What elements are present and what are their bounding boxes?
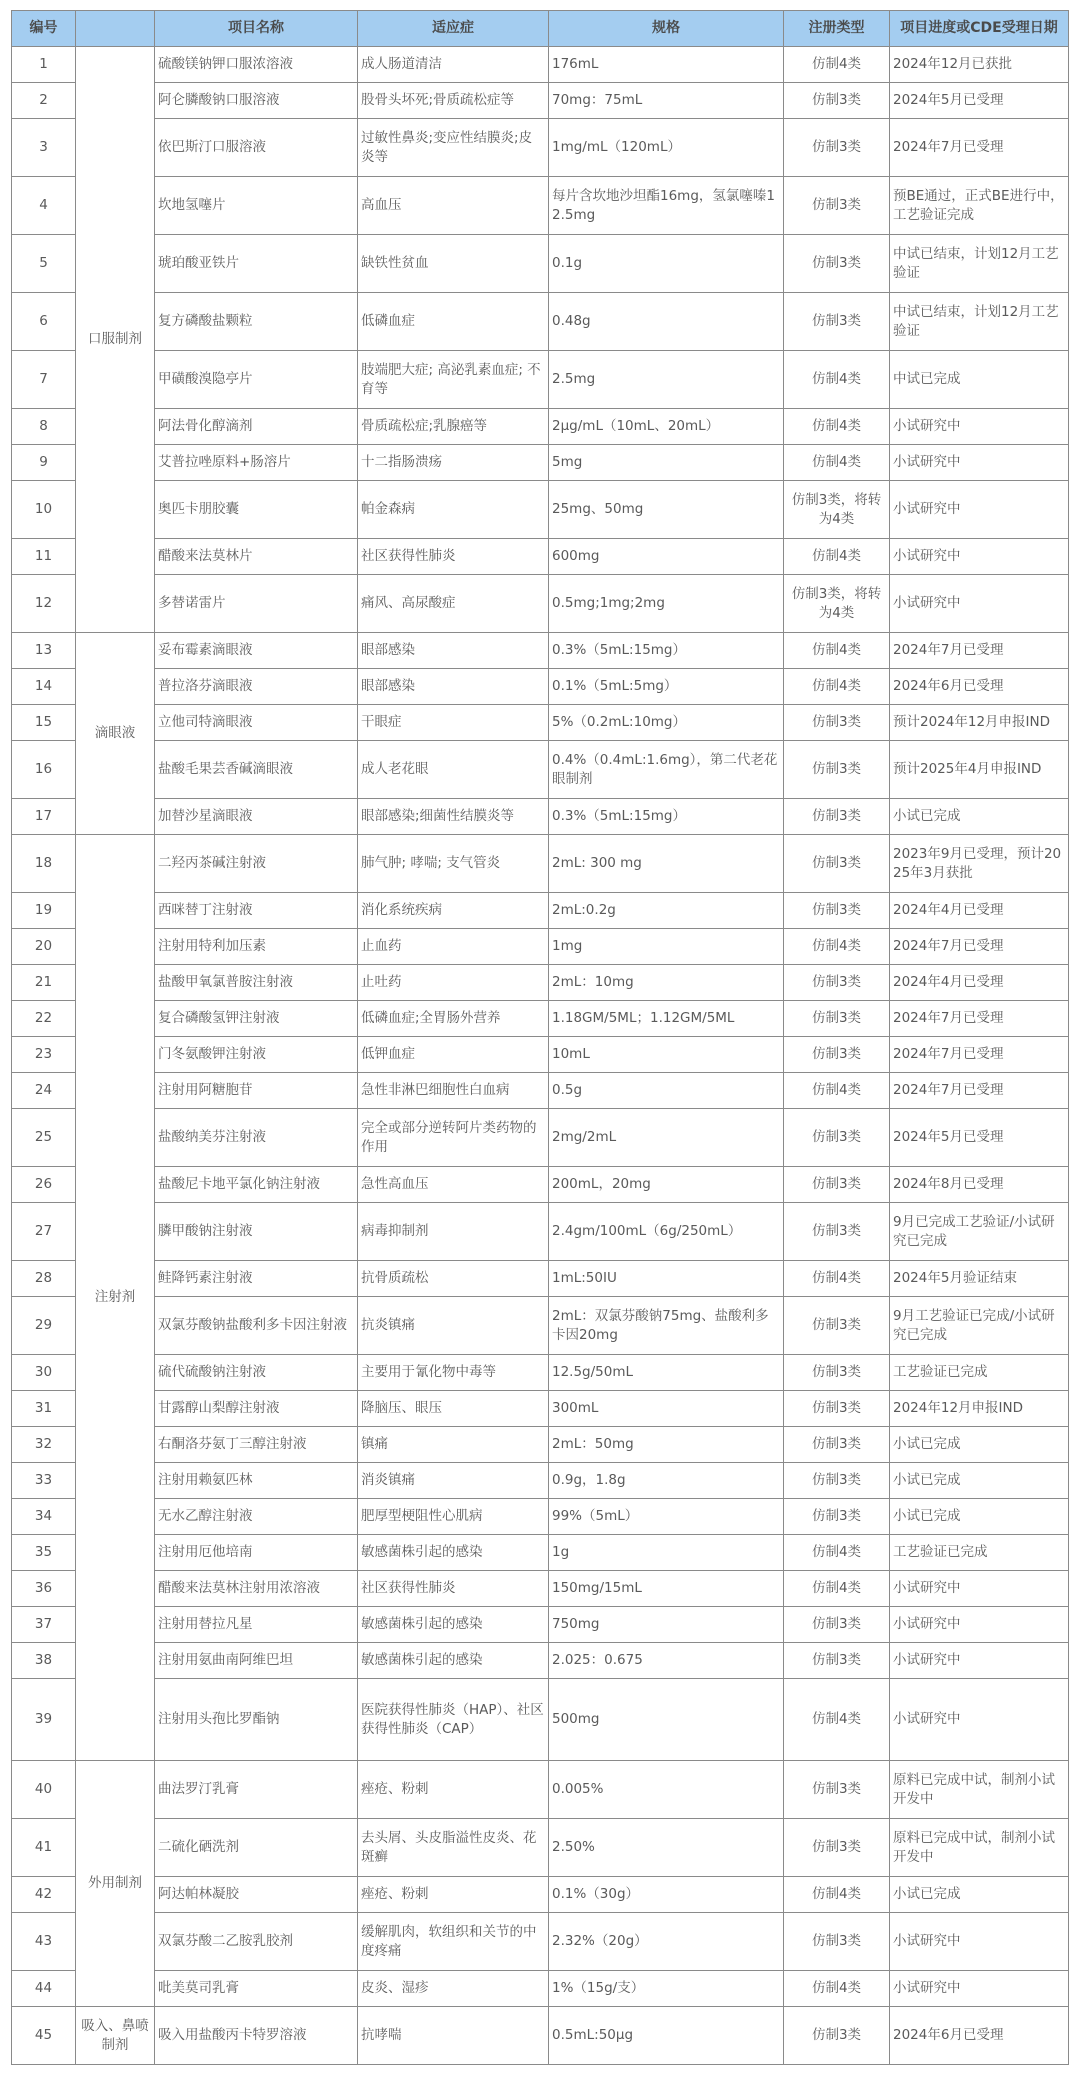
row-number: 25	[12, 1109, 76, 1167]
project-name: 盐酸尼卡地平氯化钠注射液	[155, 1167, 358, 1203]
header-project-name: 项目名称	[155, 11, 358, 47]
row-number: 11	[12, 539, 76, 575]
row-number: 33	[12, 1463, 76, 1499]
indication: 骨质疏松症;乳腺癌等	[358, 409, 549, 445]
progress-status: 2024年6月已受理	[890, 2007, 1069, 2065]
progress-status: 2024年4月已受理	[890, 965, 1069, 1001]
registration-type: 仿制3类	[784, 1203, 890, 1261]
specification: 每片含坎地沙坦酯16mg，氢氯噻嗪12.5mg	[549, 177, 784, 235]
specification: 2.5mg	[549, 351, 784, 409]
registration-type: 仿制4类	[784, 351, 890, 409]
project-name: 注射用特利加压素	[155, 929, 358, 965]
specification: 2mL:0.2g	[549, 893, 784, 929]
registration-type: 仿制3类	[784, 1499, 890, 1535]
specification: 1mg/mL（120mL）	[549, 119, 784, 177]
specification: 0.4%（0.4mL:1.6mg），第二代老花眼制剂	[549, 741, 784, 799]
specification: 600mg	[549, 539, 784, 575]
indication: 主要用于氰化物中毒等	[358, 1355, 549, 1391]
specification: 70mg：75mL	[549, 83, 784, 119]
indication: 止吐药	[358, 965, 549, 1001]
registration-type: 仿制3类	[784, 705, 890, 741]
row-number: 34	[12, 1499, 76, 1535]
project-name: 注射用厄他培南	[155, 1535, 358, 1571]
project-name: 注射用阿糖胞苷	[155, 1073, 358, 1109]
row-number: 7	[12, 351, 76, 409]
registration-type: 仿制4类	[784, 1261, 890, 1297]
indication: 止血药	[358, 929, 549, 965]
indication: 帕金森病	[358, 481, 549, 539]
table-row: 32右酮洛芬氨丁三醇注射液镇痛2mL：50mg仿制3类小试已完成	[12, 1427, 1069, 1463]
progress-status: 2024年5月验证结束	[890, 1261, 1069, 1297]
registration-type: 仿制3类	[784, 2007, 890, 2065]
project-name: 依巴斯汀口服溶液	[155, 119, 358, 177]
row-number: 17	[12, 799, 76, 835]
specification: 5%（0.2mL:10mg）	[549, 705, 784, 741]
registration-type: 仿制3类	[784, 835, 890, 893]
project-name: 加替沙星滴眼液	[155, 799, 358, 835]
specification: 2.025：0.675	[549, 1643, 784, 1679]
table-row: 25盐酸纳美芬注射液完全或部分逆转阿片类药物的作用2mg/2mL仿制3类2024…	[12, 1109, 1069, 1167]
progress-status: 预计2024年12月申报IND	[890, 705, 1069, 741]
indication: 敏感菌株引起的感染	[358, 1535, 549, 1571]
progress-status: 2024年7月已受理	[890, 929, 1069, 965]
indication: 痛风、高尿酸症	[358, 575, 549, 633]
row-number: 29	[12, 1297, 76, 1355]
progress-status: 小试已完成	[890, 799, 1069, 835]
row-number: 24	[12, 1073, 76, 1109]
specification: 0.5g	[549, 1073, 784, 1109]
row-number: 18	[12, 835, 76, 893]
progress-status: 小试已完成	[890, 1463, 1069, 1499]
indication: 抗骨质疏松	[358, 1261, 549, 1297]
specification: 5mg	[549, 445, 784, 481]
progress-status: 2024年5月已受理	[890, 83, 1069, 119]
table-row: 45吸入、鼻喷制剂吸入用盐酸丙卡特罗溶液抗哮喘0.5mL:50μg仿制3类202…	[12, 2007, 1069, 2065]
progress-status: 2024年12月已获批	[890, 47, 1069, 83]
progress-status: 2024年7月已受理	[890, 1037, 1069, 1073]
row-number: 31	[12, 1391, 76, 1427]
table-row: 7甲磺酸溴隐亭片肢端肥大症; 高泌乳素血症; 不育等2.5mg仿制4类中试已完成	[12, 351, 1069, 409]
project-name: 吸入用盐酸丙卡特罗溶液	[155, 2007, 358, 2065]
row-number: 9	[12, 445, 76, 481]
project-name: 复方磷酸盐颗粒	[155, 293, 358, 351]
indication: 肺气肿; 哮喘; 支气管炎	[358, 835, 549, 893]
specification: 1%（15g/支）	[549, 1971, 784, 2007]
registration-type: 仿制3类	[784, 799, 890, 835]
row-number: 26	[12, 1167, 76, 1203]
table-row: 33注射用赖氨匹林消炎镇痛0.9g，1.8g仿制3类小试已完成	[12, 1463, 1069, 1499]
indication: 低钾血症	[358, 1037, 549, 1073]
row-number: 42	[12, 1877, 76, 1913]
row-number: 23	[12, 1037, 76, 1073]
indication: 消炎镇痛	[358, 1463, 549, 1499]
project-name: 盐酸纳美芬注射液	[155, 1109, 358, 1167]
indication: 痤疮、粉刺	[358, 1877, 549, 1913]
indication: 缓解肌肉，软组织和关节的中度疼痛	[358, 1913, 549, 1971]
table-row: 40外用制剂曲法罗汀乳膏痤疮、粉刺0.005%仿制3类原料已完成中试，制剂小试开…	[12, 1761, 1069, 1819]
indication: 急性非淋巴细胞性白血病	[358, 1073, 549, 1109]
specification: 500mg	[549, 1679, 784, 1761]
specification: 1mL:50IU	[549, 1261, 784, 1297]
registration-type: 仿制4类	[784, 47, 890, 83]
table-row: 20注射用特利加压素止血药1mg仿制4类2024年7月已受理	[12, 929, 1069, 965]
row-number: 37	[12, 1607, 76, 1643]
progress-status: 2023年9月已受理，预计2025年3月获批	[890, 835, 1069, 893]
project-name: 复合磷酸氢钾注射液	[155, 1001, 358, 1037]
progress-status: 2024年7月已受理	[890, 119, 1069, 177]
table-row: 4坎地氢噻片高血压每片含坎地沙坦酯16mg，氢氯噻嗪12.5mg仿制3类预BE通…	[12, 177, 1069, 235]
specification: 150mg/15mL	[549, 1571, 784, 1607]
specification: 2mL：10mg	[549, 965, 784, 1001]
registration-type: 仿制3类	[784, 293, 890, 351]
indication: 医院获得性肺炎（HAP）、社区获得性肺炎（CAP）	[358, 1679, 549, 1761]
registration-type: 仿制3类	[784, 177, 890, 235]
header-category	[76, 11, 155, 47]
table-row: 15立他司特滴眼液干眼症5%（0.2mL:10mg）仿制3类预计2024年12月…	[12, 705, 1069, 741]
table-row: 21盐酸甲氧氯普胺注射液止吐药2mL：10mg仿制3类2024年4月已受理	[12, 965, 1069, 1001]
specification: 99%（5mL）	[549, 1499, 784, 1535]
registration-type: 仿制3类	[784, 1355, 890, 1391]
progress-status: 2024年7月已受理	[890, 1073, 1069, 1109]
specification: 25mg、50mg	[549, 481, 784, 539]
table-row: 29双氯芬酸钠盐酸利多卡因注射液抗炎镇痛2mL：双氯芬酸钠75mg、盐酸利多卡因…	[12, 1297, 1069, 1355]
table-row: 10奥匹卡朋胶囊帕金森病25mg、50mg仿制3类，将转为4类小试研究中	[12, 481, 1069, 539]
registration-type: 仿制3类	[784, 1819, 890, 1877]
specification: 300mL	[549, 1391, 784, 1427]
row-number: 12	[12, 575, 76, 633]
registration-type: 仿制4类	[784, 633, 890, 669]
project-name: 阿达帕林凝胶	[155, 1877, 358, 1913]
specification: 2mL：50mg	[549, 1427, 784, 1463]
specification: 2mL: 300 mg	[549, 835, 784, 893]
category-cell: 口服制剂	[76, 47, 155, 633]
row-number: 3	[12, 119, 76, 177]
row-number: 35	[12, 1535, 76, 1571]
project-name: 普拉洛芬滴眼液	[155, 669, 358, 705]
registration-type: 仿制4类	[784, 1571, 890, 1607]
indication: 社区获得性肺炎	[358, 539, 549, 575]
table-row: 34无水乙醇注射液肥厚型梗阻性心肌病99%（5mL）仿制3类小试已完成	[12, 1499, 1069, 1535]
registration-type: 仿制4类	[784, 1535, 890, 1571]
registration-type: 仿制4类	[784, 1679, 890, 1761]
project-name: 盐酸毛果芸香碱滴眼液	[155, 741, 358, 799]
progress-status: 工艺验证已完成	[890, 1535, 1069, 1571]
row-number: 40	[12, 1761, 76, 1819]
specification: 0.48g	[549, 293, 784, 351]
row-number: 15	[12, 705, 76, 741]
indication: 过敏性鼻炎;变应性结膜炎;皮炎等	[358, 119, 549, 177]
specification: 0.9g，1.8g	[549, 1463, 784, 1499]
specification: 2.32%（20g）	[549, 1913, 784, 1971]
registration-type: 仿制3类	[784, 1607, 890, 1643]
progress-status: 9月已完成工艺验证/小试研究已完成	[890, 1203, 1069, 1261]
table-row: 26盐酸尼卡地平氯化钠注射液急性高血压200mL，20mg仿制3类2024年8月…	[12, 1167, 1069, 1203]
specification: 750mg	[549, 1607, 784, 1643]
project-name: 甘露醇山梨醇注射液	[155, 1391, 358, 1427]
indication: 成人肠道清洁	[358, 47, 549, 83]
registration-type: 仿制4类	[784, 1073, 890, 1109]
table-row: 1口服制剂硫酸镁钠钾口服浓溶液成人肠道清洁176mL仿制4类2024年12月已获…	[12, 47, 1069, 83]
indication: 完全或部分逆转阿片类药物的作用	[358, 1109, 549, 1167]
table-row: 16盐酸毛果芸香碱滴眼液成人老花眼0.4%（0.4mL:1.6mg），第二代老花…	[12, 741, 1069, 799]
row-number: 6	[12, 293, 76, 351]
progress-status: 小试研究中	[890, 1571, 1069, 1607]
indication: 敏感菌株引起的感染	[358, 1607, 549, 1643]
specification: 176mL	[549, 47, 784, 83]
project-name: 琥珀酸亚铁片	[155, 235, 358, 293]
specification: 200mL，20mg	[549, 1167, 784, 1203]
row-number: 20	[12, 929, 76, 965]
indication: 病毒抑制剂	[358, 1203, 549, 1261]
indication: 成人老花眼	[358, 741, 549, 799]
registration-type: 仿制4类	[784, 1877, 890, 1913]
progress-status: 2024年7月已受理	[890, 633, 1069, 669]
specification: 2.50%	[549, 1819, 784, 1877]
registration-type: 仿制3类，将转为4类	[784, 575, 890, 633]
header-specification: 规格	[549, 11, 784, 47]
indication: 眼部感染	[358, 633, 549, 669]
registration-type: 仿制3类	[784, 1167, 890, 1203]
row-number: 36	[12, 1571, 76, 1607]
indication: 肥厚型梗阻性心肌病	[358, 1499, 549, 1535]
registration-type: 仿制3类	[784, 1391, 890, 1427]
specification: 0.5mL:50μg	[549, 2007, 784, 2065]
project-name: 妥布霉素滴眼液	[155, 633, 358, 669]
progress-status: 小试研究中	[890, 409, 1069, 445]
progress-status: 小试研究中	[890, 1607, 1069, 1643]
specification: 0.1%（30g）	[549, 1877, 784, 1913]
row-number: 14	[12, 669, 76, 705]
registration-type: 仿制4类	[784, 669, 890, 705]
indication: 抗哮喘	[358, 2007, 549, 2065]
project-name: 醋酸来法莫林注射用浓溶液	[155, 1571, 358, 1607]
progress-status: 工艺验证已完成	[890, 1355, 1069, 1391]
table-row: 2阿仑膦酸钠口服溶液股骨头坏死;骨质疏松症等70mg：75mL仿制3类2024年…	[12, 83, 1069, 119]
indication: 社区获得性肺炎	[358, 1571, 549, 1607]
table-row: 30硫代硫酸钠注射液主要用于氰化物中毒等12.5g/50mL仿制3类工艺验证已完…	[12, 1355, 1069, 1391]
progress-status: 2024年5月已受理	[890, 1109, 1069, 1167]
project-name: 奥匹卡朋胶囊	[155, 481, 358, 539]
registration-type: 仿制4类	[784, 929, 890, 965]
project-name: 立他司特滴眼液	[155, 705, 358, 741]
progress-status: 小试已完成	[890, 1427, 1069, 1463]
specification: 0.5mg;1mg;2mg	[549, 575, 784, 633]
specification: 1mg	[549, 929, 784, 965]
registration-type: 仿制3类	[784, 83, 890, 119]
progress-status: 预BE通过，正式BE进行中，工艺验证完成	[890, 177, 1069, 235]
indication: 股骨头坏死;骨质疏松症等	[358, 83, 549, 119]
indication: 镇痛	[358, 1427, 549, 1463]
table-row: 35注射用厄他培南敏感菌株引起的感染1g仿制4类工艺验证已完成	[12, 1535, 1069, 1571]
project-name: 吡美莫司乳膏	[155, 1971, 358, 2007]
progress-status: 小试研究中	[890, 1679, 1069, 1761]
table-row: 39注射用头孢比罗酯钠医院获得性肺炎（HAP）、社区获得性肺炎（CAP）500m…	[12, 1679, 1069, 1761]
registration-type: 仿制4类	[784, 1971, 890, 2007]
registration-type: 仿制3类	[784, 1913, 890, 1971]
progress-status: 2024年4月已受理	[890, 893, 1069, 929]
table-row: 42阿达帕林凝胶痤疮、粉刺0.1%（30g）仿制4类小试已完成	[12, 1877, 1069, 1913]
progress-status: 小试研究中	[890, 1971, 1069, 2007]
table-row: 37注射用替拉凡星敏感菌株引起的感染750mg仿制3类小试研究中	[12, 1607, 1069, 1643]
progress-status: 预计2025年4月申报IND	[890, 741, 1069, 799]
specification: 12.5g/50mL	[549, 1355, 784, 1391]
table-row: 8阿法骨化醇滴剂骨质疏松症;乳腺癌等2μg/mL（10mL、20mL）仿制4类小…	[12, 409, 1069, 445]
registration-type: 仿制3类，将转为4类	[784, 481, 890, 539]
indication: 肢端肥大症; 高泌乳素血症; 不育等	[358, 351, 549, 409]
project-name: 注射用赖氨匹林	[155, 1463, 358, 1499]
table-row: 9艾普拉唑原料+肠溶片十二指肠溃疡5mg仿制4类小试研究中	[12, 445, 1069, 481]
category-cell: 注射剂	[76, 835, 155, 1761]
progress-status: 小试研究中	[890, 575, 1069, 633]
table-row: 5琥珀酸亚铁片缺铁性贫血0.1g仿制3类中试已结束，计划12月工艺验证	[12, 235, 1069, 293]
indication: 缺铁性贫血	[358, 235, 549, 293]
specification: 10mL	[549, 1037, 784, 1073]
progress-status: 小试研究中	[890, 1643, 1069, 1679]
registration-type: 仿制4类	[784, 539, 890, 575]
indication: 去头屑、头皮脂溢性皮炎、花斑癣	[358, 1819, 549, 1877]
table-row: 44吡美莫司乳膏皮炎、湿疹1%（15g/支）仿制4类小试研究中	[12, 1971, 1069, 2007]
indication: 十二指肠溃疡	[358, 445, 549, 481]
progress-status: 2024年12月申报IND	[890, 1391, 1069, 1427]
project-name: 右酮洛芬氨丁三醇注射液	[155, 1427, 358, 1463]
specification: 2mg/2mL	[549, 1109, 784, 1167]
row-number: 5	[12, 235, 76, 293]
project-name: 无水乙醇注射液	[155, 1499, 358, 1535]
indication: 皮炎、湿疹	[358, 1971, 549, 2007]
registration-type: 仿制3类	[784, 235, 890, 293]
project-name: 双氯芬酸钠盐酸利多卡因注射液	[155, 1297, 358, 1355]
project-name: 门冬氨酸钾注射液	[155, 1037, 358, 1073]
progress-status: 中试已结束，计划12月工艺验证	[890, 235, 1069, 293]
indication: 眼部感染	[358, 669, 549, 705]
indication: 低磷血症	[358, 293, 549, 351]
progress-status: 小试研究中	[890, 445, 1069, 481]
row-number: 22	[12, 1001, 76, 1037]
table-header-row: 编号 项目名称 适应症 规格 注册类型 项目进度或CDE受理日期	[12, 11, 1069, 47]
indication: 敏感菌株引起的感染	[358, 1643, 549, 1679]
specification: 0.3%（5mL:15mg）	[549, 799, 784, 835]
progress-status: 2024年7月已受理	[890, 1001, 1069, 1037]
project-name: 硫代硫酸钠注射液	[155, 1355, 358, 1391]
table-body: 1口服制剂硫酸镁钠钾口服浓溶液成人肠道清洁176mL仿制4类2024年12月已获…	[12, 47, 1069, 2065]
row-number: 8	[12, 409, 76, 445]
indication: 高血压	[358, 177, 549, 235]
progress-status: 2024年8月已受理	[890, 1167, 1069, 1203]
project-name: 西咪替丁注射液	[155, 893, 358, 929]
row-number: 43	[12, 1913, 76, 1971]
registration-type: 仿制3类	[784, 1037, 890, 1073]
project-name: 注射用替拉凡星	[155, 1607, 358, 1643]
project-name: 膦甲酸钠注射液	[155, 1203, 358, 1261]
registration-type: 仿制3类	[784, 1761, 890, 1819]
indication: 痤疮、粉刺	[358, 1761, 549, 1819]
project-name: 曲法罗汀乳膏	[155, 1761, 358, 1819]
registration-type: 仿制3类	[784, 1109, 890, 1167]
indication: 降脑压、眼压	[358, 1391, 549, 1427]
project-name: 注射用头孢比罗酯钠	[155, 1679, 358, 1761]
registration-type: 仿制3类	[784, 893, 890, 929]
header-progress: 项目进度或CDE受理日期	[890, 11, 1069, 47]
progress-status: 2024年6月已受理	[890, 669, 1069, 705]
project-name: 注射用氨曲南阿维巴坦	[155, 1643, 358, 1679]
table-row: 12多替诺雷片痛风、高尿酸症0.5mg;1mg;2mg仿制3类，将转为4类小试研…	[12, 575, 1069, 633]
specification: 0.3%（5mL:15mg）	[549, 633, 784, 669]
specification: 2μg/mL（10mL、20mL）	[549, 409, 784, 445]
table-row: 17加替沙星滴眼液眼部感染;细菌性结膜炎等0.3%（5mL:15mg）仿制3类小…	[12, 799, 1069, 835]
table-row: 14普拉洛芬滴眼液眼部感染0.1%（5mL:5mg）仿制4类2024年6月已受理	[12, 669, 1069, 705]
indication: 抗炎镇痛	[358, 1297, 549, 1355]
table-row: 36醋酸来法莫林注射用浓溶液社区获得性肺炎150mg/15mL仿制4类小试研究中	[12, 1571, 1069, 1607]
project-name: 醋酸来法莫林片	[155, 539, 358, 575]
project-name: 甲磺酸溴隐亭片	[155, 351, 358, 409]
project-name: 阿法骨化醇滴剂	[155, 409, 358, 445]
table-row: 43双氯芬酸二乙胺乳胶剂缓解肌肉，软组织和关节的中度疼痛2.32%（20g）仿制…	[12, 1913, 1069, 1971]
indication: 低磷血症;全胃肠外营养	[358, 1001, 549, 1037]
project-name: 坎地氢噻片	[155, 177, 358, 235]
table-row: 22复合磷酸氢钾注射液低磷血症;全胃肠外营养1.18GM/5ML；1.12GM/…	[12, 1001, 1069, 1037]
header-indication: 适应症	[358, 11, 549, 47]
row-number: 13	[12, 633, 76, 669]
progress-status: 小试研究中	[890, 1913, 1069, 1971]
row-number: 30	[12, 1355, 76, 1391]
table-row: 28鲑降钙素注射液抗骨质疏松1mL:50IU仿制4类2024年5月验证结束	[12, 1261, 1069, 1297]
table-row: 31甘露醇山梨醇注射液降脑压、眼压300mL仿制3类2024年12月申报IND	[12, 1391, 1069, 1427]
row-number: 1	[12, 47, 76, 83]
project-name: 多替诺雷片	[155, 575, 358, 633]
row-number: 32	[12, 1427, 76, 1463]
registration-type: 仿制4类	[784, 445, 890, 481]
category-cell: 外用制剂	[76, 1761, 155, 2007]
progress-status: 原料已完成中试，制剂小试开发中	[890, 1761, 1069, 1819]
registration-type: 仿制3类	[784, 965, 890, 1001]
specification: 0.005%	[549, 1761, 784, 1819]
registration-type: 仿制3类	[784, 1463, 890, 1499]
progress-status: 小试研究中	[890, 481, 1069, 539]
table-row: 24注射用阿糖胞苷急性非淋巴细胞性白血病0.5g仿制4类2024年7月已受理	[12, 1073, 1069, 1109]
specification: 1g	[549, 1535, 784, 1571]
progress-status: 9月工艺验证已完成/小试研究已完成	[890, 1297, 1069, 1355]
row-number: 38	[12, 1643, 76, 1679]
table-row: 3依巴斯汀口服溶液过敏性鼻炎;变应性结膜炎;皮炎等1mg/mL（120mL）仿制…	[12, 119, 1069, 177]
row-number: 27	[12, 1203, 76, 1261]
project-name: 鲑降钙素注射液	[155, 1261, 358, 1297]
row-number: 21	[12, 965, 76, 1001]
registration-type: 仿制3类	[784, 1427, 890, 1463]
registration-type: 仿制4类	[784, 409, 890, 445]
category-cell: 吸入、鼻喷制剂	[76, 2007, 155, 2065]
progress-status: 小试已完成	[890, 1499, 1069, 1535]
specification: 0.1g	[549, 235, 784, 293]
drug-pipeline-table: 编号 项目名称 适应症 规格 注册类型 项目进度或CDE受理日期 1口服制剂硫酸…	[11, 10, 1069, 2065]
table-row: 23门冬氨酸钾注射液低钾血症10mL仿制3类2024年7月已受理	[12, 1037, 1069, 1073]
row-number: 41	[12, 1819, 76, 1877]
table-row: 13滴眼液妥布霉素滴眼液眼部感染0.3%（5mL:15mg）仿制4类2024年7…	[12, 633, 1069, 669]
project-name: 硫酸镁钠钾口服浓溶液	[155, 47, 358, 83]
specification: 0.1%（5mL:5mg）	[549, 669, 784, 705]
indication: 消化系统疾病	[358, 893, 549, 929]
row-number: 16	[12, 741, 76, 799]
row-number: 39	[12, 1679, 76, 1761]
project-name: 艾普拉唑原料+肠溶片	[155, 445, 358, 481]
specification: 1.18GM/5ML；1.12GM/5ML	[549, 1001, 784, 1037]
row-number: 45	[12, 2007, 76, 2065]
registration-type: 仿制3类	[784, 1297, 890, 1355]
registration-type: 仿制3类	[784, 1643, 890, 1679]
indication: 眼部感染;细菌性结膜炎等	[358, 799, 549, 835]
progress-status: 中试已结束，计划12月工艺验证	[890, 293, 1069, 351]
specification: 2mL：双氯芬酸钠75mg、盐酸利多卡因20mg	[549, 1297, 784, 1355]
project-name: 二羟丙茶碱注射液	[155, 835, 358, 893]
